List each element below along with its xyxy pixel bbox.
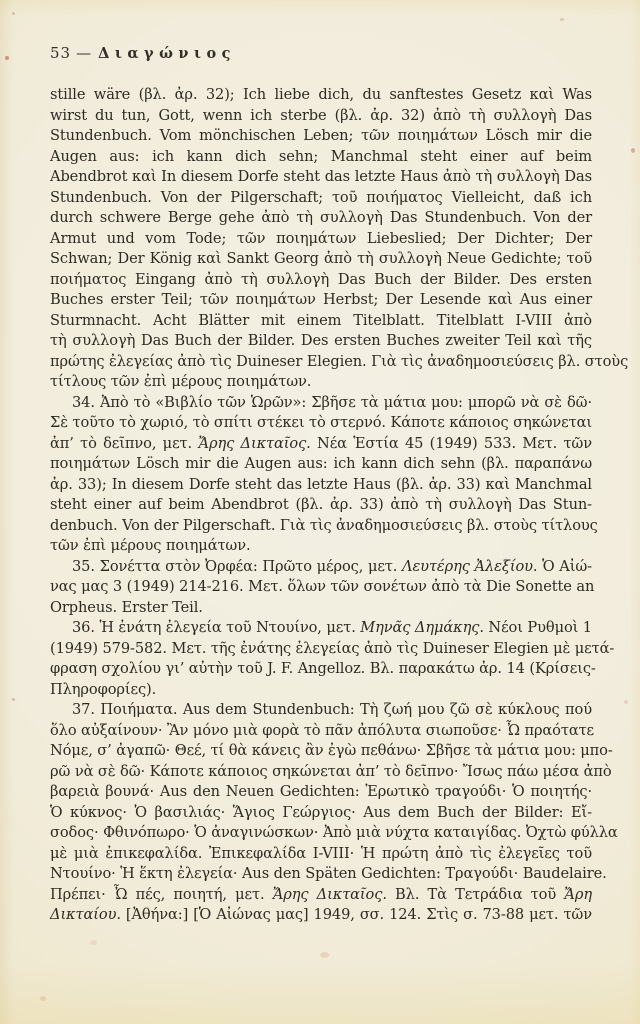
italic-text: Λευτέρης Ἀλεξίου (402, 558, 533, 575)
italic-text: Ἄρης Δικταῖος (198, 435, 306, 452)
text-line: Ὁ κύκνος· Ὁ βασιλιάς· Ἅγιος Γεώργιος· Au… (50, 803, 592, 824)
text-segment: 37. Ποιήματα. Aus dem Stundenbuch: Τὴ ζω… (72, 701, 592, 718)
body-text: stille wäre (βλ. ἀρ. 32); Ich liebe dich… (50, 85, 592, 926)
text-line: durch schwere Berge gehe ἀπὸ τὴ συλλογὴ … (50, 208, 592, 229)
text-line: denbuch. Von der Pilgerschaft. Γιὰ τὶς ἀ… (50, 516, 592, 537)
text-line: Δικταίου. [Ἀθήνα:] [Ὁ Αἰώνας μας] 1949, … (50, 905, 592, 926)
text-line: Augen aus: ich kann dich sehn; Manchmal … (50, 147, 592, 168)
text-line: μὲ μιὰ ἐπικεφαλίδα. Ἐπικεφαλίδα I-VIII· … (50, 844, 592, 865)
scan-speckle (90, 940, 97, 945)
entry-34: 34. Ἀπὸ τὸ «Βιβλίο τῶν Ὡρῶν»: Σβῆσε τὰ μ… (50, 393, 592, 557)
text-segment: denbuch. Von der Pilgerschaft. Γιὰ τὶς ἀ… (50, 517, 598, 534)
text-segment: μὲ μιὰ ἐπικεφαλίδα. Ἐπικεφαλίδα I-VIII· … (50, 845, 592, 862)
text-segment: νας μας 3 (1949) 214-216. Μετ. ὅλων τῶν … (50, 578, 594, 595)
text-line: ποιημάτων Lösch mir die Augen aus: ich k… (50, 454, 592, 475)
text-segment: Stundenbuch. Von der Pilgerschaft; τοῦ π… (50, 189, 592, 206)
text-line: (1949) 579-582. Μετ. τῆς ἐνάτης ἐλεγείας… (50, 639, 592, 660)
text-line: 37. Ποιήματα. Aus dem Stundenbuch: Τὴ ζω… (50, 700, 592, 721)
text-line: Νόμε, σ’ ἀγαπῶ· Θεέ, τί θὰ κάνεις ἂν ἐγὼ… (50, 741, 592, 762)
text-line: wirst du tun, Gott, wenn ich sterbe (βλ.… (50, 106, 592, 127)
text-segment: Stundenbuch. Vom mönchischen Leben; τῶν … (50, 127, 592, 144)
text-segment: . Βλ. Τὰ Τετράδια τοῦ (382, 886, 564, 903)
text-segment: ἀπ’ τὸ δεῖπνο, μετ. (50, 435, 198, 452)
text-segment: . Ὁ Αἰώ- (533, 558, 592, 575)
text-segment: durch schwere Berge gehe ἀπὸ τὴ συλλογὴ … (50, 209, 592, 226)
running-head: 53—Διαγώνιος (50, 44, 592, 63)
text-segment: τῶν ἐπὶ μέρους ποιημάτων. (50, 537, 251, 554)
text-line: Schwan; Der König καὶ Sankt Georg ἀπὸ τὴ… (50, 249, 592, 270)
text-line: 36. Ἡ ἐνάτη ἐλεγεία τοῦ Ντουίνο, μετ. Μη… (50, 618, 592, 639)
text-line: 35. Σονέττα στὸν Ὀρφέα: Πρῶτο μέρος, μετ… (50, 557, 592, 578)
text-line: Σὲ τοῦτο τὸ χωριό, τὸ σπίτι στέκει τὸ στ… (50, 413, 592, 434)
text-line: ρῶ νὰ σὲ δῶ· Κάποτε κάποιος σηκώνεται ἀπ… (50, 762, 592, 783)
text-line: stille wäre (βλ. ἀρ. 32); Ich liebe dich… (50, 85, 592, 106)
text-line: τίτλους τῶν ἐπὶ μέρους ποιημάτων. (50, 372, 592, 393)
text-segment: Schwan; Der König καὶ Sankt Georg ἀπὸ τὴ… (50, 250, 592, 267)
scan-speckle (320, 952, 329, 958)
entry-37: 37. Ποιήματα. Aus dem Stundenbuch: Τὴ ζω… (50, 700, 592, 926)
scan-speckle (624, 700, 628, 704)
text-segment: steht einer auf beim Abendbrot (βλ. ἀρ. … (50, 496, 592, 513)
text-line: Abendbrot καὶ In diesem Dorfe steht das … (50, 167, 592, 188)
text-segment: Buches erster Teil; τῶν ποιημάτων Herbst… (50, 291, 592, 308)
italic-text: Μηνᾶς Δημάκης (360, 619, 479, 636)
scan-speckle (12, 12, 15, 15)
text-line: Πρέπει· Ὦ πές, ποιητή, μετ. Ἄρης Δικταῖο… (50, 885, 592, 906)
text-line: Sturmnacht. Acht Blätter mit einem Titel… (50, 311, 592, 332)
text-segment: φραση σχολίου γι’ αὐτὴν τοῦ J. F. Angell… (50, 660, 596, 677)
text-segment: 35. Σονέττα στὸν Ὀρφέα: Πρῶτο μέρος, μετ… (72, 558, 402, 575)
text-segment: ρῶ νὰ σὲ δῶ· Κάποτε κάποιος σηκώνεται ἀπ… (50, 763, 612, 780)
text-block: 53—Διαγώνιος stille wäre (βλ. ἀρ. 32); I… (50, 44, 592, 926)
text-segment: Augen aus: ich kann dich sehn; Manchmal … (50, 148, 592, 165)
text-line: σοδος· Φθινόπωρο· Ὁ ἀναγινώσκων· Ἀπὸ μιὰ… (50, 823, 592, 844)
journal-name: Διαγώνιος (98, 45, 236, 62)
scan-speckle (560, 18, 564, 21)
text-line: φραση σχολίου γι’ αὐτὴν τοῦ J. F. Angell… (50, 659, 592, 680)
text-line: ὅλο αὐξαίνουν· Ἂν μόνο μιὰ φορὰ τὸ πᾶν ἀ… (50, 721, 592, 742)
text-line: πρώτης ἐλεγείας ἀπὸ τὶς Duineser Elegien… (50, 352, 592, 373)
text-segment: Πληροφορίες). (50, 681, 156, 698)
entry-36: 36. Ἡ ἐνάτη ἐλεγεία τοῦ Ντουίνο, μετ. Μη… (50, 618, 592, 700)
text-line: τὴ συλλογὴ Das Buch der Bilder. Des erst… (50, 331, 592, 352)
text-segment: Sturmnacht. Acht Blätter mit einem Titel… (50, 312, 592, 329)
header-dash: — (76, 44, 91, 62)
text-line: 34. Ἀπὸ τὸ «Βιβλίο τῶν Ὡρῶν»: Σβῆσε τὰ μ… (50, 393, 592, 414)
text-line: Stundenbuch. Vom mönchischen Leben; τῶν … (50, 126, 592, 147)
text-segment: (1949) 579-582. Μετ. τῆς ἐνάτης ἐλεγείας… (50, 640, 614, 657)
text-segment: 34. Ἀπὸ τὸ «Βιβλίο τῶν Ὡρῶν»: Σβῆσε τὰ μ… (72, 394, 592, 411)
text-segment: Σὲ τοῦτο τὸ χωριό, τὸ σπίτι στέκει τὸ στ… (50, 414, 592, 431)
text-segment: Νόμε, σ’ ἀγαπῶ· Θεέ, τί θὰ κάνεις ἂν ἐγὼ… (50, 742, 613, 759)
italic-text: Ἄρη (564, 886, 592, 903)
text-segment: . Νέοι Ρυθμοὶ 1 (479, 619, 592, 636)
text-segment: Armut und vom Tode; τῶν ποιημάτων Liebes… (50, 230, 592, 247)
text-segment: Ντουίνο· Ἡ ἕκτη ἐλεγεία· Aus den Späten … (50, 865, 607, 882)
text-segment: ἀρ. 33); In diesem Dorfe steht das letzt… (50, 476, 592, 493)
page-number: 53 (50, 44, 71, 62)
text-segment: wirst du tun, Gott, wenn ich sterbe (βλ.… (50, 107, 592, 124)
text-line: Armut und vom Tode; τῶν ποιημάτων Liebes… (50, 229, 592, 250)
text-segment: Orpheus. Erster Teil. (50, 599, 203, 616)
text-segment: stille wäre (βλ. ἀρ. 32); Ich liebe dich… (50, 86, 592, 103)
text-line: Buches erster Teil; τῶν ποιημάτων Herbst… (50, 290, 592, 311)
entry-35: 35. Σονέττα στὸν Ὀρφέα: Πρῶτο μέρος, μετ… (50, 557, 592, 619)
text-segment: . [Ἀθήνα:] [Ὁ Αἰώνας μας] 1949, σσ. 124.… (116, 906, 592, 923)
text-segment: σοδος· Φθινόπωρο· Ὁ ἀναγινώσκων· Ἀπὸ μιὰ… (50, 824, 618, 841)
text-line: ἀρ. 33); In diesem Dorfe steht das letzt… (50, 475, 592, 496)
text-segment: τὴ συλλογὴ Das Buch der Bilder. Des erst… (50, 332, 592, 349)
text-line: steht einer auf beim Abendbrot (βλ. ἀρ. … (50, 495, 592, 516)
text-segment: ποιήματος Eingang ἀπὸ τὴ συλλογὴ Das Buc… (50, 271, 592, 288)
text-line: τῶν ἐπὶ μέρους ποιημάτων. (50, 536, 592, 557)
text-line: Stundenbuch. Von der Pilgerschaft; τοῦ π… (50, 188, 592, 209)
scan-speckle (5, 56, 9, 60)
text-segment: πρώτης ἐλεγείας ἀπὸ τὶς Duineser Elegien… (50, 353, 628, 370)
text-line: Orpheus. Erster Teil. (50, 598, 592, 619)
text-line: βαρειὰ βουνά· Aus den Neuen Gedichten: Ἐ… (50, 782, 592, 803)
text-segment: βαρειὰ βουνά· Aus den Neuen Gedichten: Ἐ… (50, 783, 592, 800)
text-line: Πληροφορίες). (50, 680, 592, 701)
text-segment: τίτλους τῶν ἐπὶ μέρους ποιημάτων. (50, 373, 311, 390)
text-segment: Πρέπει· Ὦ πές, ποιητή, μετ. (50, 886, 273, 903)
scan-speckle (631, 148, 635, 153)
text-line: νας μας 3 (1949) 214-216. Μετ. ὅλων τῶν … (50, 577, 592, 598)
text-segment: Ὁ κύκνος· Ὁ βασιλιάς· Ἅγιος Γεώργιος· Au… (50, 804, 592, 821)
paragraph-continuation: stille wäre (βλ. ἀρ. 32); Ich liebe dich… (50, 85, 592, 393)
text-segment: Abendbrot καὶ In diesem Dorfe steht das … (50, 168, 592, 185)
italic-text: Ἄρης Δικταῖος (273, 886, 383, 903)
text-line: ἀπ’ τὸ δεῖπνο, μετ. Ἄρης Δικταῖος. Νέα Ἑ… (50, 434, 592, 455)
italic-text: Δικταίου (50, 906, 116, 923)
text-segment: . Νέα Ἑστία 45 (1949) 533. Μετ. τῶν (306, 435, 592, 452)
text-line: ποιήματος Eingang ἀπὸ τὴ συλλογὴ Das Buc… (50, 270, 592, 291)
text-segment: ποιημάτων Lösch mir die Augen aus: ich k… (50, 455, 592, 472)
scanned-book-page: 53—Διαγώνιος stille wäre (βλ. ἀρ. 32); I… (0, 0, 640, 1024)
scan-speckle (12, 698, 15, 701)
scan-speckle (40, 996, 46, 1001)
text-segment: 36. Ἡ ἐνάτη ἐλεγεία τοῦ Ντουίνο, μετ. (72, 619, 360, 636)
text-segment: ὅλο αὐξαίνουν· Ἂν μόνο μιὰ φορὰ τὸ πᾶν ἀ… (50, 722, 594, 739)
text-line: Ντουίνο· Ἡ ἕκτη ἐλεγεία· Aus den Späten … (50, 864, 592, 885)
